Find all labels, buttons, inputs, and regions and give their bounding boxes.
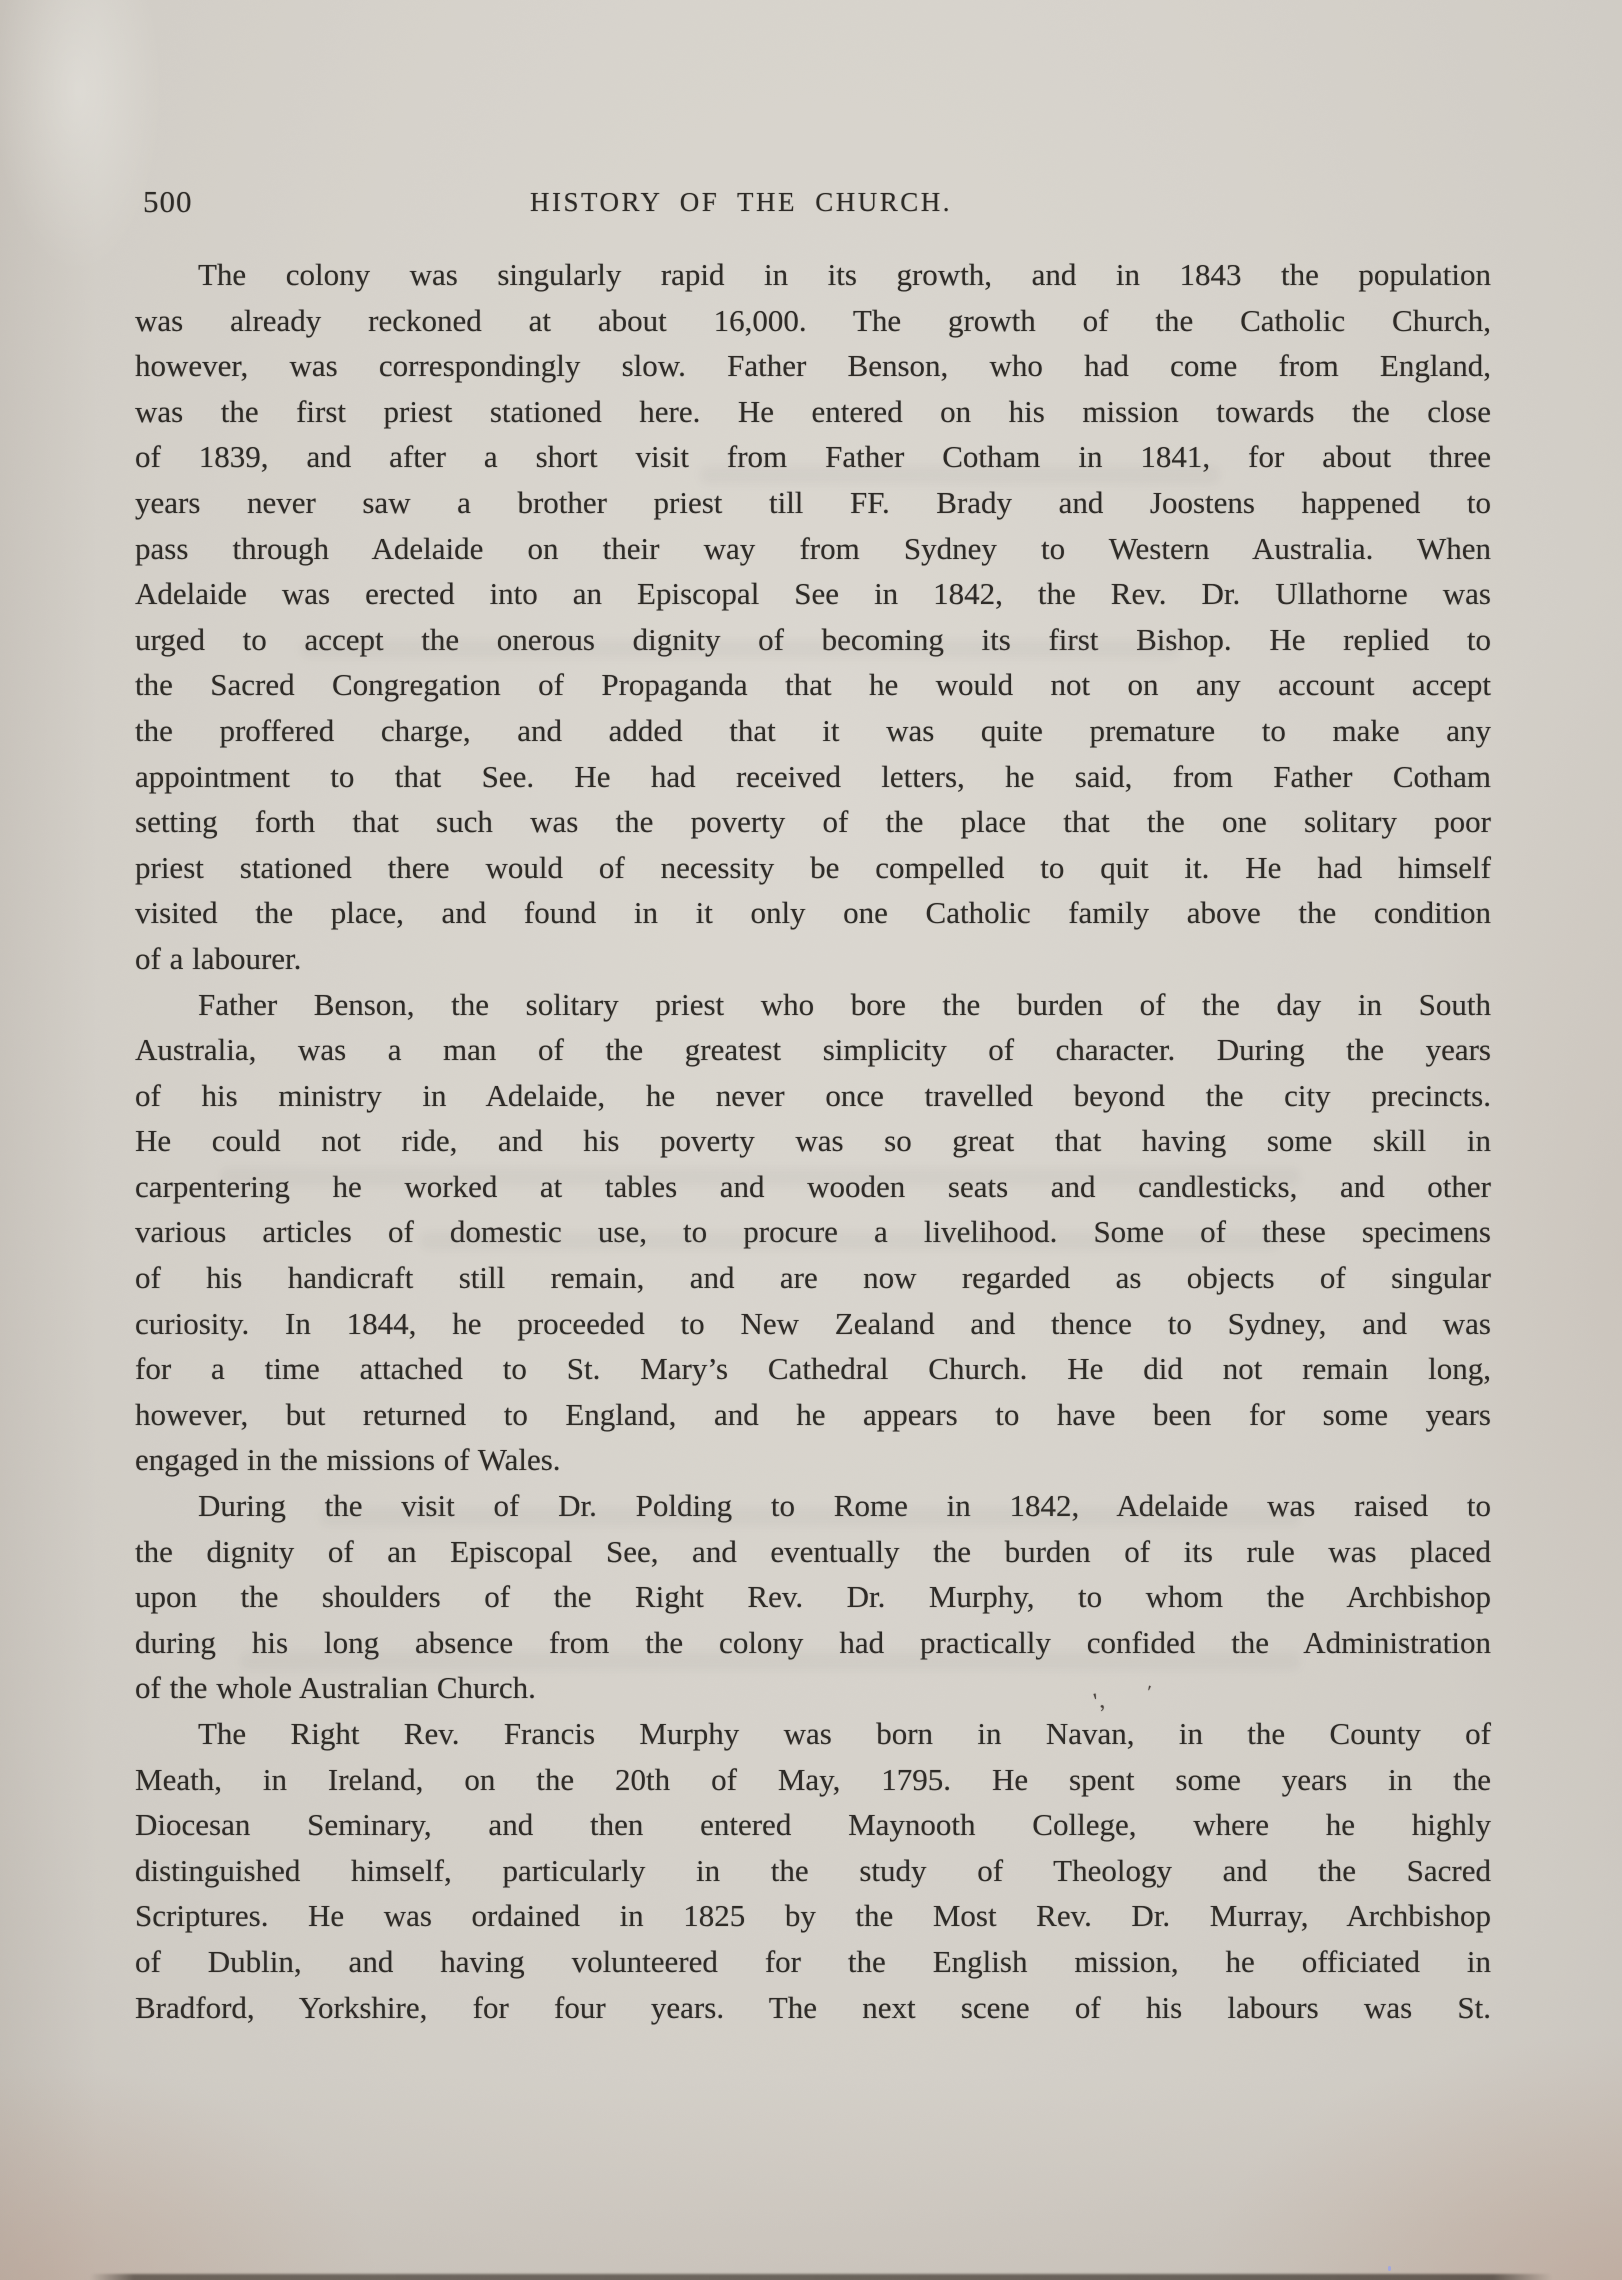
paper-grain-texture bbox=[0, 0, 1622, 2280]
scanned-book-page: 500 HISTORY OF THE CHURCH. The colony wa… bbox=[0, 0, 1622, 2280]
